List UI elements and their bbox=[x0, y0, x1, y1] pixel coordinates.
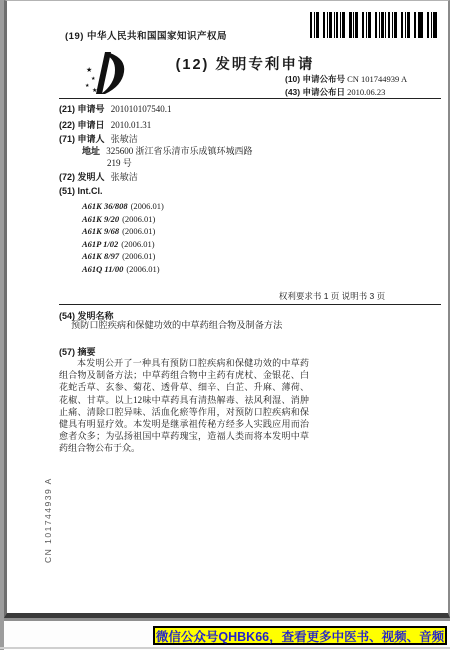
classification-code: A61K 9/20 bbox=[82, 214, 119, 224]
application-date-value: 2010.01.31 bbox=[111, 120, 152, 130]
classification-version: (2006.01) bbox=[122, 251, 155, 261]
classification-version: (2006.01) bbox=[122, 214, 155, 224]
address-line1: 325600 浙江省乐清市乐成镇环城西路 bbox=[106, 146, 252, 156]
pages-info: 权利要求书 1 页 说明书 3 页 bbox=[237, 290, 427, 302]
document-type-title: (12) 发明专利申请 bbox=[135, 53, 355, 74]
classification-version: (2006.01) bbox=[121, 239, 154, 249]
classification-row: A61K 9/20(2006.01) bbox=[82, 214, 155, 224]
svg-text:★: ★ bbox=[92, 87, 97, 94]
section-divider bbox=[59, 304, 441, 305]
applicant-label: (71) 申请人 bbox=[59, 134, 105, 144]
application-date-row: (22) 申请日 2010.01.31 bbox=[59, 118, 151, 131]
svg-text:★: ★ bbox=[85, 83, 90, 89]
patent-page: (19) 中华人民共和国国家知识产权局 ★ ★ ★ ★ (12) 发明专利申请 … bbox=[4, 0, 450, 618]
publication-number-value: CN 101744939 A bbox=[347, 74, 407, 84]
classification-row: A61K 36/808(2006.01) bbox=[82, 201, 164, 211]
publication-date-row: (43) 申请公布日 2010.06.23 bbox=[285, 86, 385, 98]
address-label: 地址 bbox=[82, 146, 100, 156]
publication-number-row: (10) 申请公布号 CN 101744939 A bbox=[285, 73, 407, 85]
classification-version: (2006.01) bbox=[126, 264, 159, 274]
classification-row: A61P 1/02(2006.01) bbox=[82, 239, 155, 249]
inventor-row: (72) 发明人 张敏洁 bbox=[59, 170, 138, 183]
application-date-label: (22) 申请日 bbox=[59, 120, 105, 130]
application-number-row: (21) 申请号 201010107540.1 bbox=[59, 102, 172, 115]
promo-banner[interactable]: 微信公众号QHBK66，查看更多中医书、视频、音频 bbox=[153, 626, 447, 645]
classification-row: A61Q 11/00(2006.01) bbox=[82, 264, 160, 274]
applicant-address-row2: 219 号 bbox=[107, 156, 132, 169]
patent-front-page: { "header": { "office_line": "(19) 中华人民共… bbox=[0, 0, 450, 650]
classification-code: A61K 8/97 bbox=[82, 251, 119, 261]
svg-text:★: ★ bbox=[91, 76, 96, 82]
classification-code: A61Q 11/00 bbox=[82, 264, 123, 274]
classification-code: A61P 1/02 bbox=[82, 239, 118, 249]
inventor-label: (72) 发明人 bbox=[59, 172, 105, 182]
svg-text:★: ★ bbox=[86, 66, 92, 74]
invention-title: 预防口腔疾病和保健功效的中草药组合物及制备方法 bbox=[59, 319, 297, 332]
application-number-label: (21) 申请号 bbox=[59, 104, 105, 114]
classification-code: A61K 9/68 bbox=[82, 226, 119, 236]
classification-row: A61K 8/97(2006.01) bbox=[82, 251, 155, 261]
address-line2: 219 号 bbox=[107, 158, 132, 168]
classification-version: (2006.01) bbox=[122, 226, 155, 236]
classification-code: A61K 36/808 bbox=[82, 201, 128, 211]
publication-date-value: 2010.06.23 bbox=[347, 87, 385, 97]
barcode bbox=[310, 12, 440, 38]
abstract-text: 本发明公开了一种具有预防口腔疾病和保健功效的中草药组合物及制备方法；中草药组合物… bbox=[59, 357, 309, 455]
application-number-value: 201010107540.1 bbox=[111, 104, 172, 114]
intcl-label: (51) Int.Cl. bbox=[59, 186, 103, 196]
classification-version: (2006.01) bbox=[131, 201, 164, 211]
intcl-row: (51) Int.Cl. bbox=[59, 186, 107, 196]
header-divider bbox=[59, 98, 441, 99]
vertical-publication-code: CN 101744939 A bbox=[43, 479, 53, 563]
classification-row: A61K 9/68(2006.01) bbox=[82, 226, 155, 236]
patent-office-name: (19) 中华人民共和国国家知识产权局 bbox=[65, 28, 227, 42]
publication-number-label: (10) 申请公布号 bbox=[285, 74, 345, 84]
sipo-logo-icon: ★ ★ ★ ★ bbox=[85, 51, 133, 95]
inventor-name: 张敏洁 bbox=[111, 172, 138, 182]
publication-date-label: (43) 申请公布日 bbox=[285, 87, 345, 97]
viewer-bottom-edge bbox=[0, 647, 450, 649]
applicant-name: 张敏洁 bbox=[111, 134, 138, 144]
